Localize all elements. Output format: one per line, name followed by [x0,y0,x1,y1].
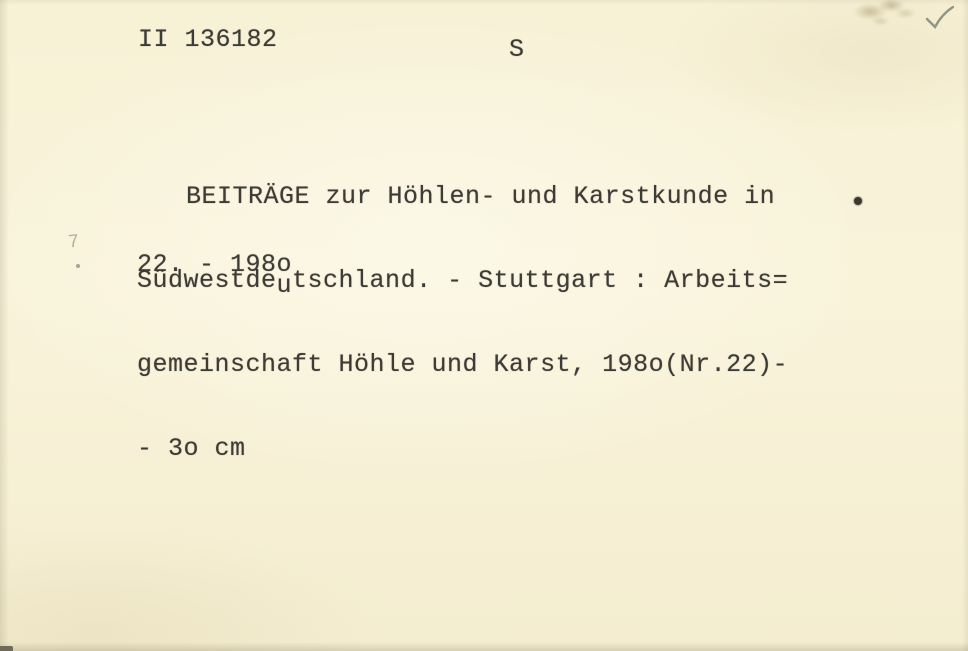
call-number: II 136182 [138,26,278,54]
entry-line-size: - 3o cm [137,435,788,463]
holdings-note: 22. - 198o [137,251,292,279]
card-edge-mark [0,646,13,651]
faded-stamp-smudge [843,0,921,26]
heading-letter: S [509,36,525,64]
entry-line2-post: tschland. - Stuttgart : Arbeits= [292,266,788,295]
catalog-card: II 136182 S BEITRÄGE zur Höhlen- und Kar… [0,0,968,651]
pencil-dot [76,264,80,268]
stray-typed-period [854,197,862,205]
checkmark-icon [924,4,956,30]
entry-line-publisher-numbering: gemeinschaft Höhle und Karst, 198o(Nr.22… [137,351,788,379]
bibliographic-entry: BEITRÄGE zur Höhlen- und Karstkunde in S… [137,127,788,519]
pencil-digit: 7 [67,231,80,252]
entry-line-title: BEITRÄGE zur Höhlen- und Karstkunde in [137,183,788,211]
